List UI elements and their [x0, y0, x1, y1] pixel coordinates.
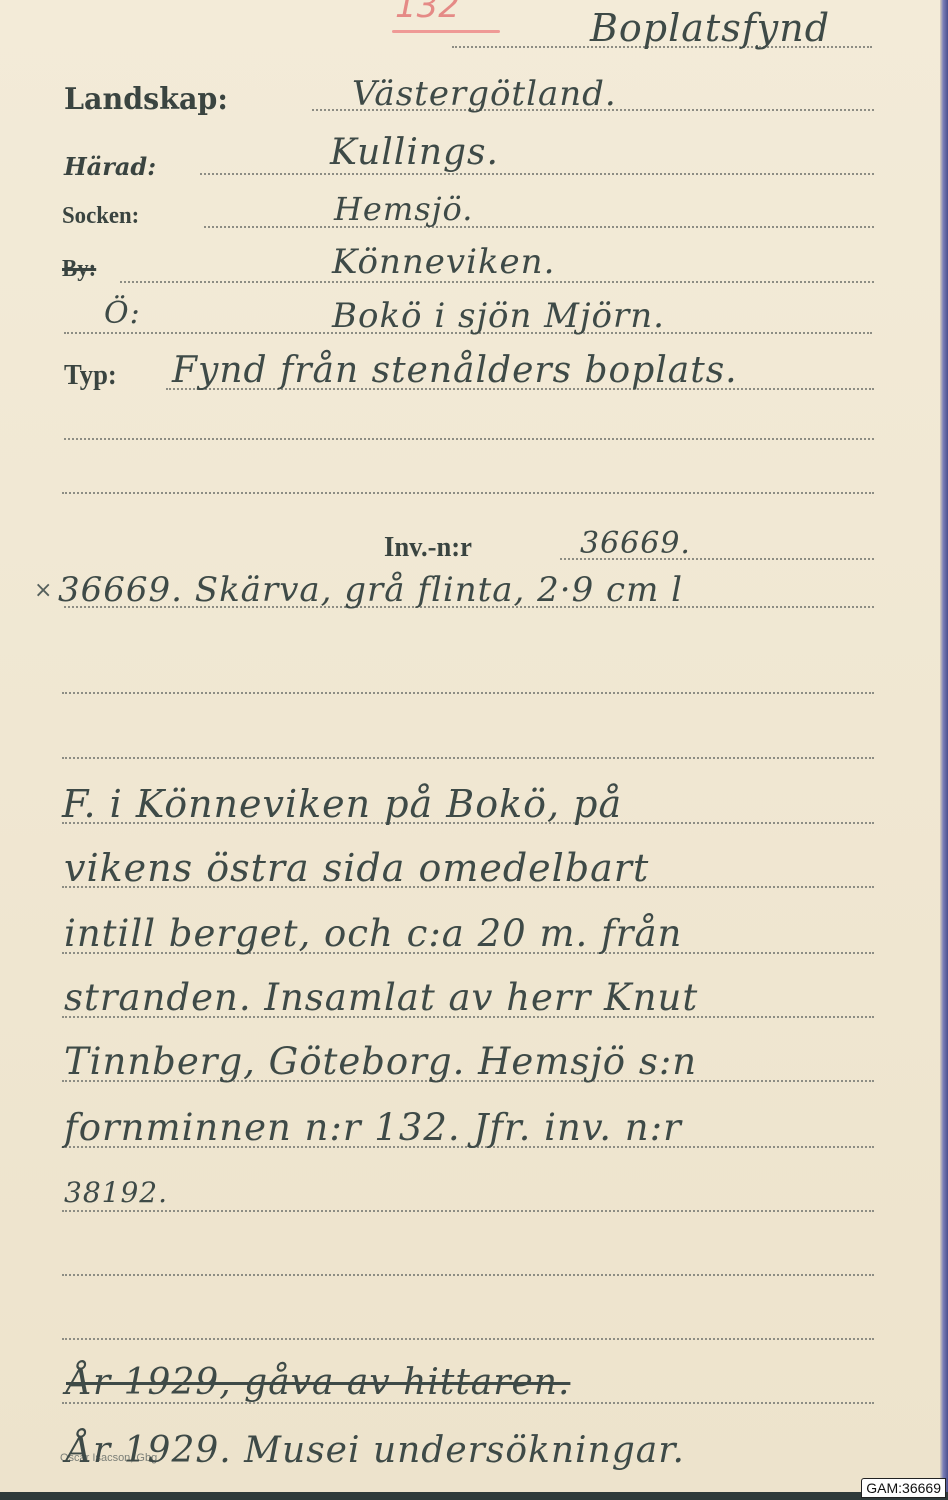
description-line-7: 38192. — [64, 1176, 168, 1209]
description-line-1: F. i Könneviken på Bokö, på — [62, 782, 622, 826]
blank-line — [64, 438, 874, 440]
archive-stamp: GAM:36669 — [861, 1478, 946, 1498]
blank-line — [62, 1274, 874, 1276]
field-label-socken: Socken: — [62, 203, 139, 230]
field-line-harad — [200, 173, 874, 175]
field-line-socken — [204, 226, 874, 228]
field-label-by: By: — [62, 256, 96, 283]
blank-line — [62, 757, 874, 759]
blank-line — [62, 692, 874, 694]
description-line-4: stranden. Insamlat av herr Knut — [64, 976, 698, 1019]
blank-line — [62, 492, 874, 494]
red-underline — [392, 30, 500, 33]
field-label-landskap: Landskap: — [64, 82, 228, 117]
acquisition: År 1929. Musei undersökningar. — [66, 1430, 685, 1471]
inventory-number: 36669. — [580, 526, 691, 561]
description-line-5: Tinnberg, Göteborg. Hemsjö s:n — [64, 1040, 697, 1083]
description-line-2: vikens östra sida omedelbart — [64, 846, 649, 890]
inventory-label: Inv.-n:r — [384, 532, 472, 564]
item-text: 36669. Skärva, grå flinta, 2·9 cm l — [58, 570, 683, 610]
catalog-card: 132 Boplatsfynd Landskap: Västergötland.… — [0, 0, 940, 1492]
field-value-o: Bokö i sjön Mjörn. — [332, 296, 665, 336]
field-label-typ: Typ: — [64, 360, 117, 392]
description-line-6: fornminnen n:r 132. Jfr. inv. n:r — [64, 1106, 682, 1149]
field-value-by: Könneviken. — [332, 242, 555, 282]
blank-line — [62, 1338, 874, 1340]
red-catalog-number: 132 — [395, 0, 460, 26]
field-value-harad: Kullings. — [330, 132, 499, 173]
category-value: Boplatsfynd — [590, 6, 830, 50]
field-value-landskap: Västergötland. — [352, 74, 617, 114]
item-check-mark: × — [34, 578, 52, 603]
description-line-3: intill berget, och c:a 20 m. från — [64, 912, 682, 955]
field-value-typ: Fynd från stenålders boplats. — [172, 350, 738, 391]
acquisition-struck: År 1929, gåva av hittaren. — [66, 1362, 570, 1403]
card-edge-right — [940, 0, 948, 1500]
field-label-o: Ö: — [104, 296, 141, 331]
field-label-harad: Härad: — [64, 152, 156, 181]
card-edge-bottom — [0, 1492, 948, 1500]
field-value-socken: Hemsjö. — [334, 190, 473, 228]
description-line — [62, 1210, 874, 1212]
